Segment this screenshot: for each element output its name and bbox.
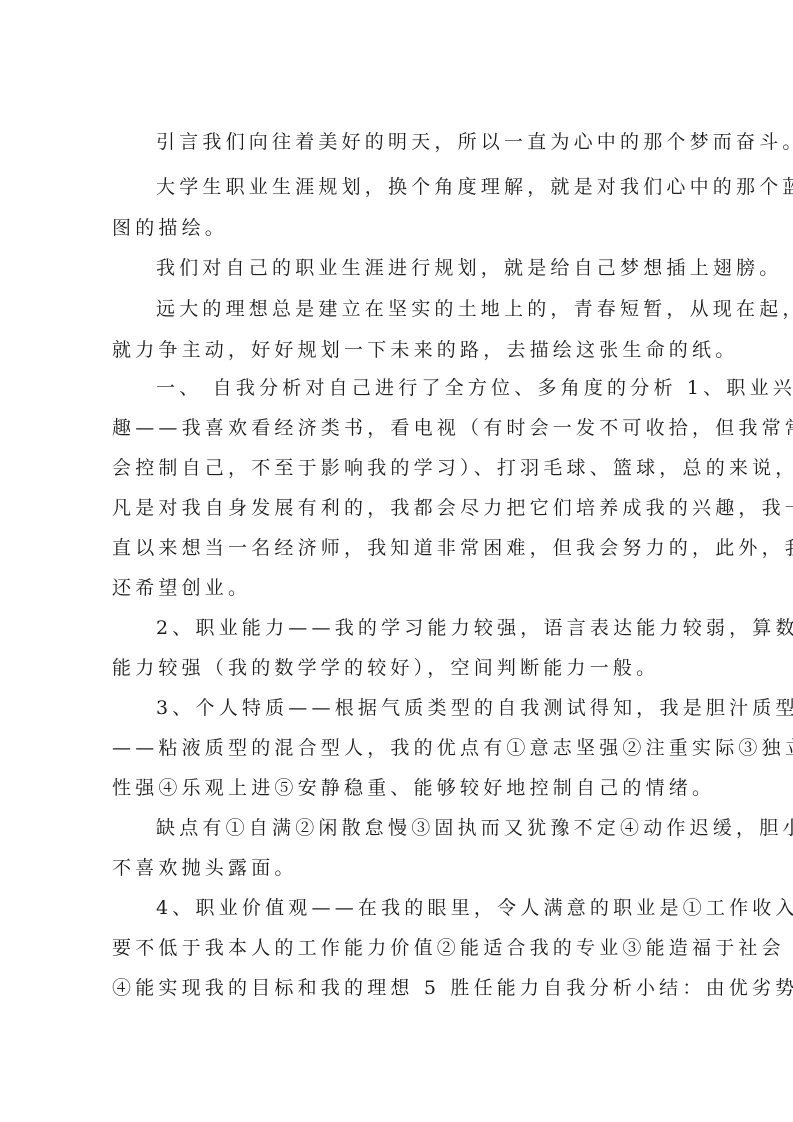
paragraph-ideal-line-2: 就力争主动，好好规划一下未来的路，去描绘这张生命的纸。 (112, 336, 738, 364)
paragraph-wings-line-1: 我们对自己的职业生涯进行规划，就是给自己梦想插上翅膀。 (156, 254, 782, 282)
paragraph-blueprint-line-2: 图的描绘。 (112, 214, 228, 242)
paragraph-self-analysis-line-5: 直以来想当一名经济师，我知道非常困难，但我会努力的，此外，我 (112, 534, 793, 562)
paragraph-self-analysis-line-6: 还希望创业。 (112, 574, 251, 602)
paragraph-ideal-line-1: 远大的理想总是建立在坚实的土地上的，青春短暂，从现在起， (156, 295, 793, 323)
paragraph-self-analysis-line-1: 一、 自我分析对自己进行了全方位、多角度的分析 1、职业兴 (156, 374, 793, 402)
paragraph-weakness-line-2: 不喜欢抛头露面。 (112, 854, 298, 882)
paragraph-traits-line-3: 性强④乐观上进⑤安静稳重、能够较好地控制自己的情绪。 (112, 774, 715, 802)
paragraph-values-line-3: ④能实现我的目标和我的理想 5 胜任能力自我分析小结：由优劣势能 (112, 974, 793, 1002)
paragraph-values-line-2: 要不低于我本人的工作能力价值②能适合我的专业③能造福于社会 (112, 934, 785, 962)
paragraph-intro-line-1: 引言我们向往着美好的明天，所以一直为心中的那个梦而奋斗。 (156, 128, 793, 156)
paragraph-self-analysis-line-2: 趣——我喜欢看经济类书，看电视（有时会一发不可收拾，但我常常 (112, 414, 793, 442)
paragraph-weakness-line-1: 缺点有①自满②闲散怠慢③固执而又犹豫不定④动作迟缓，胆小， (156, 814, 793, 842)
paragraph-traits-line-2: ——粘液质型的混合型人，我的优点有①意志坚强②注重实际③独立 (112, 734, 793, 762)
document-page: 引言我们向往着美好的明天，所以一直为心中的那个梦而奋斗。 大学生职业生涯规划，换… (0, 0, 793, 1122)
paragraph-self-analysis-line-3: 会控制自己，不至于影响我的学习）、打羽毛球、篮球，总的来说， (112, 454, 793, 482)
paragraph-ability-line-2: 能力较强（我的数学学的较好），空间判断能力一般。 (112, 654, 659, 682)
paragraph-traits-line-1: 3、个人特质——根据气质类型的自我测试得知，我是胆汁质型 (156, 694, 793, 722)
paragraph-blueprint-line-1: 大学生职业生涯规划，换个角度理解，就是对我们心中的那个蓝 (156, 173, 793, 201)
paragraph-ability-line-1: 2、职业能力——我的学习能力较强，语言表达能力较弱，算数 (156, 614, 793, 642)
paragraph-self-analysis-line-4: 凡是对我自身发展有利的，我都会尽力把它们培养成我的兴趣，我一 (112, 494, 793, 522)
paragraph-values-line-1: 4、职业价值观——在我的眼里，令人满意的职业是①工作收入 (156, 894, 793, 922)
